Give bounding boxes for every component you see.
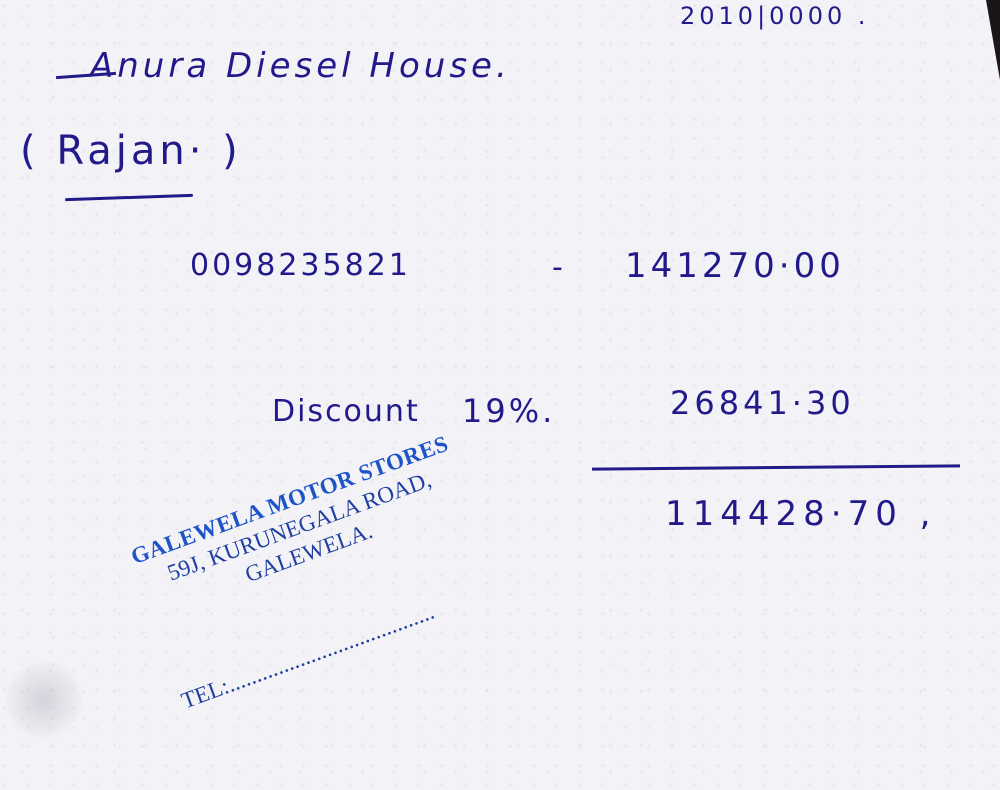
stamp-address: 59J, KURUNEGALA ROAD, bbox=[98, 443, 502, 611]
handwritten-date: 2010|0000 . bbox=[680, 2, 870, 30]
discount-amount: 26841·30 bbox=[670, 384, 855, 422]
item-amount: 141270·00 bbox=[625, 246, 845, 286]
receipt-paper: 2010|0000 . Anura Diesel House. ( Rajan·… bbox=[0, 0, 1000, 790]
handwritten-title: Anura Diesel House. bbox=[90, 46, 511, 86]
customer-name: ( Rajan· ) bbox=[20, 128, 242, 174]
business-stamp: GALEWELA MOTOR STORES 59J, KURUNEGALA RO… bbox=[88, 416, 511, 637]
item-code: 0098235821 bbox=[190, 248, 411, 283]
total-amount: 114428·70 , bbox=[665, 494, 936, 534]
fingerprint-smudge bbox=[4, 660, 84, 740]
name-underline bbox=[65, 194, 193, 201]
stamp-telephone: TEL:....................................… bbox=[178, 599, 438, 715]
background-edge bbox=[986, 0, 1000, 80]
total-rule bbox=[592, 464, 960, 470]
item-separator: - bbox=[552, 250, 566, 285]
discount-label: Discount bbox=[272, 394, 420, 429]
